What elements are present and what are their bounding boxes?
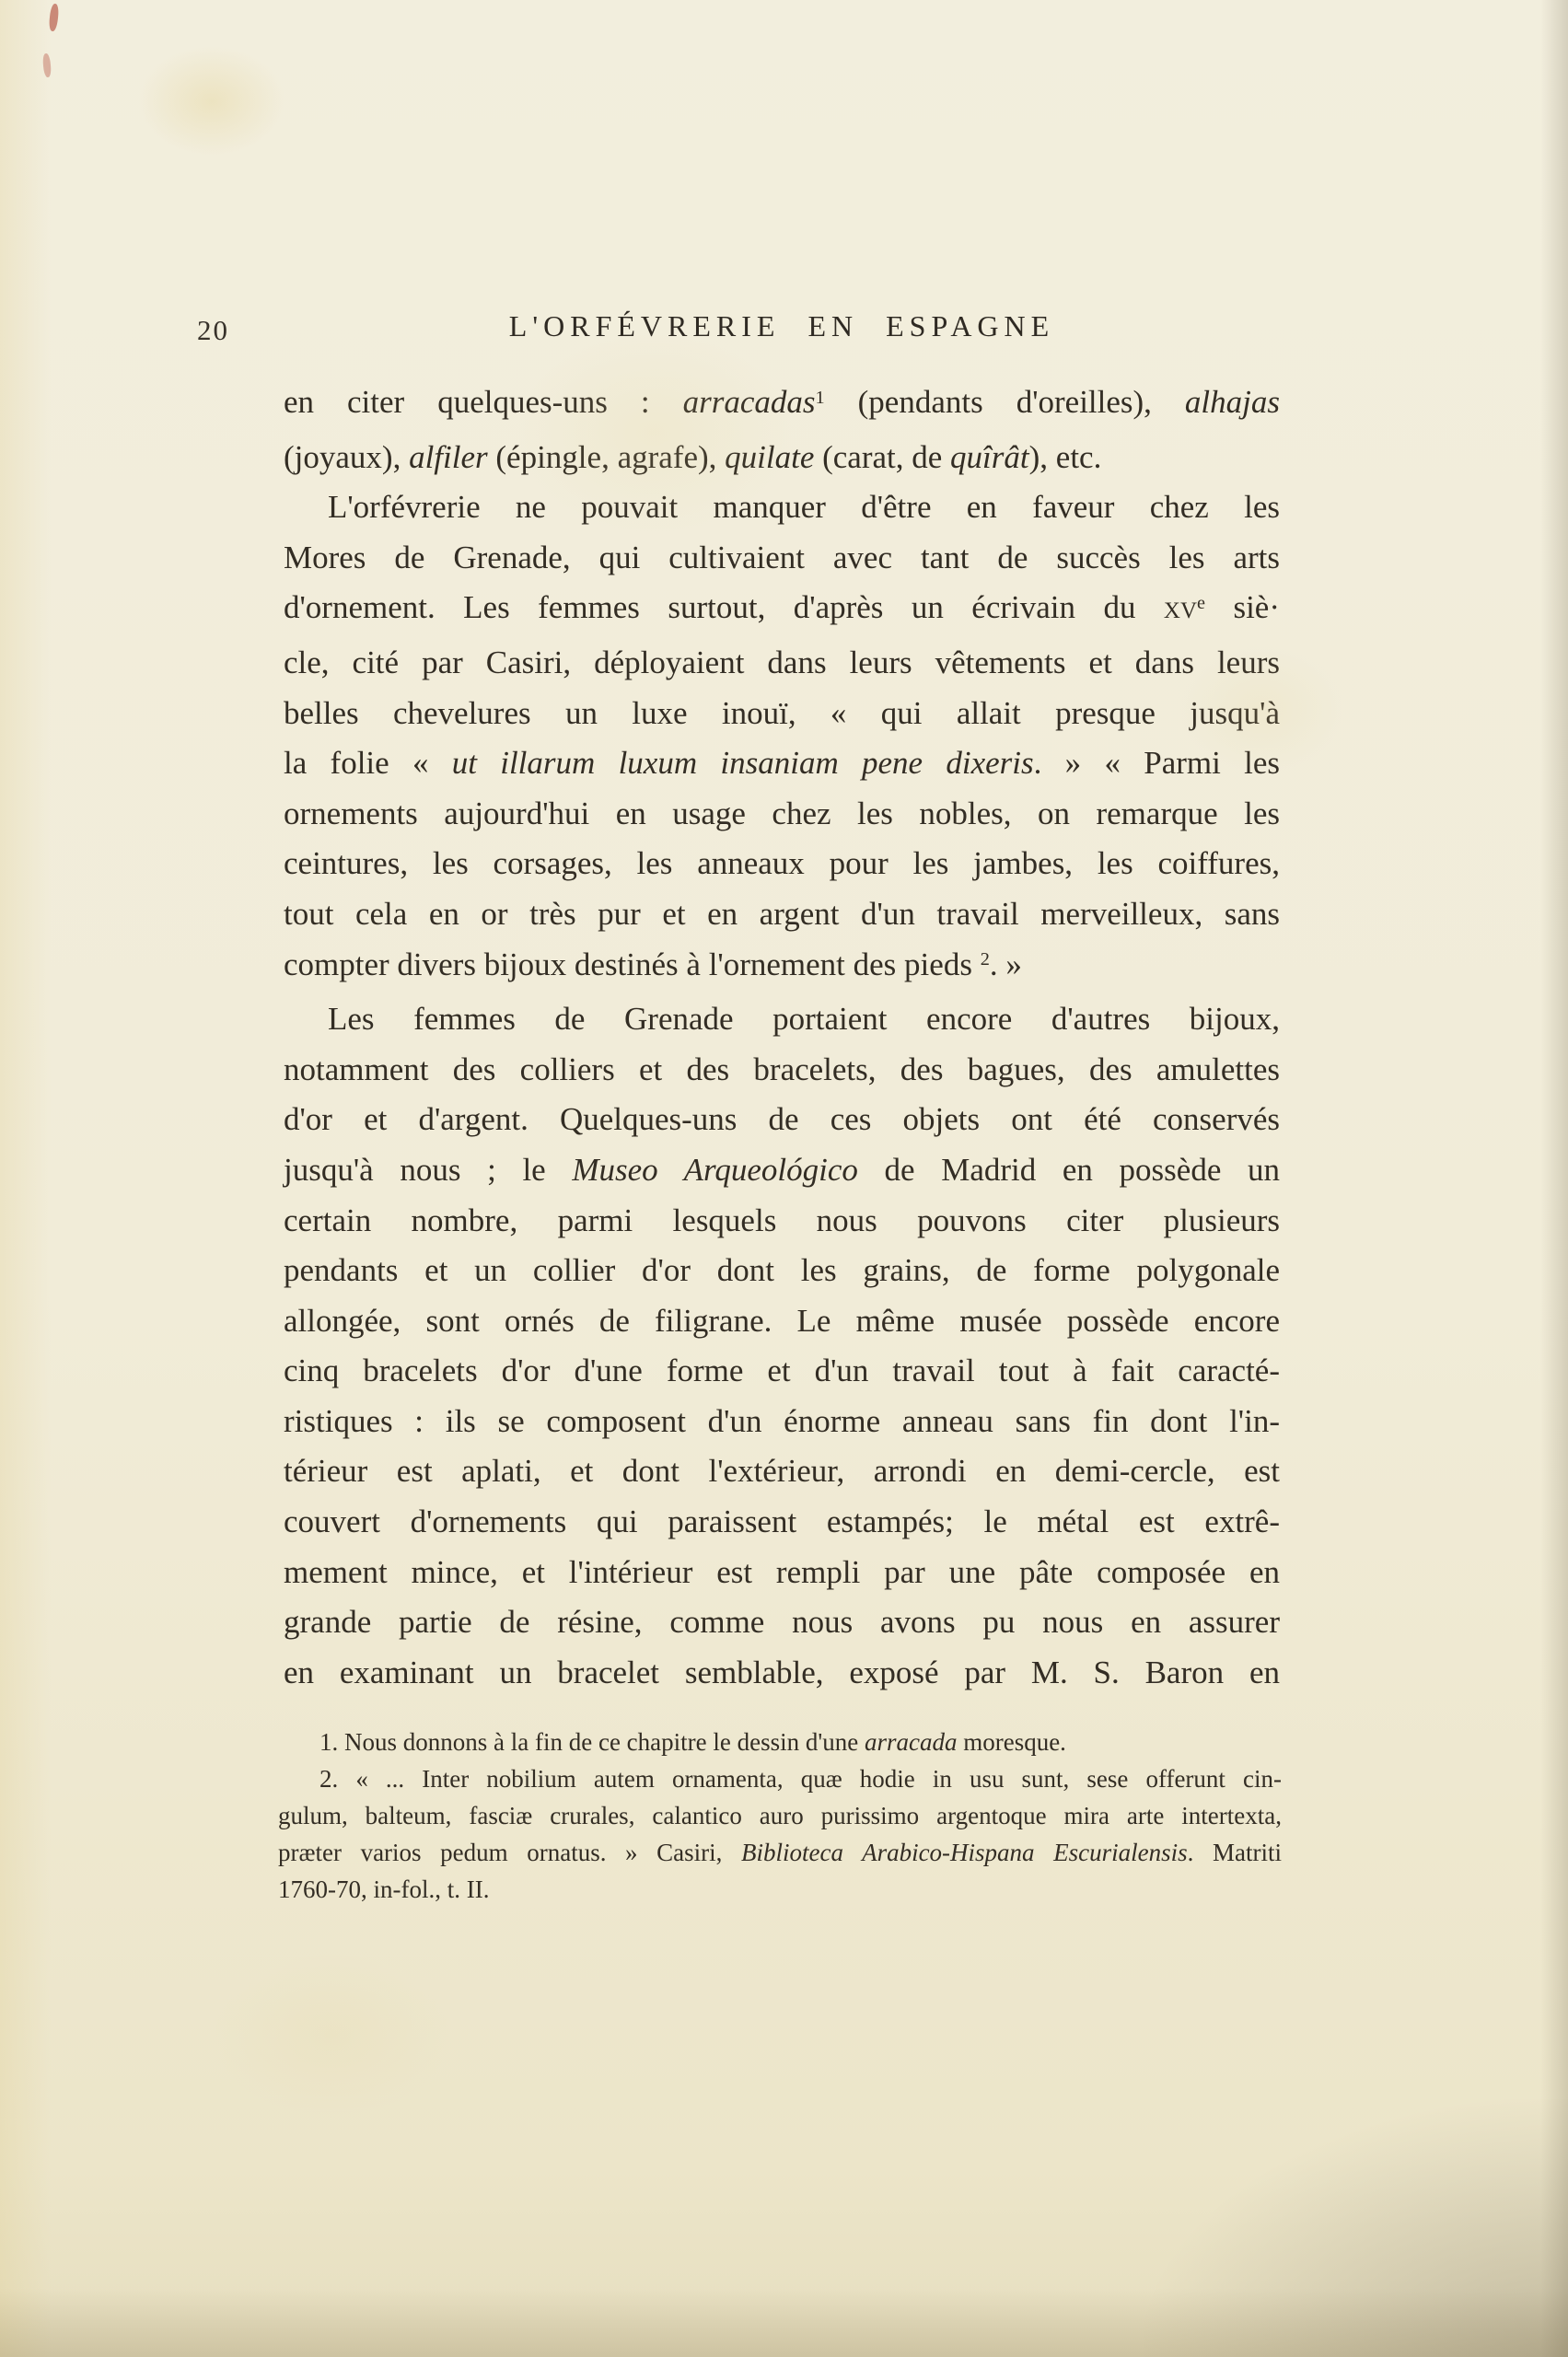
text-line: 1760-70, in-fol., t. II. [278, 1871, 1282, 1908]
text-segment: pendants et un collier d'or dont les gra… [284, 1252, 1280, 1288]
text-line: præter varios pedum ornatus. » Casiri, B… [278, 1834, 1282, 1871]
text-segment: certain nombre, parmi lesquels nous pouv… [284, 1202, 1280, 1238]
page-number: 20 [197, 314, 229, 347]
text-segment: moresque. [957, 1728, 1065, 1756]
page-edge-shadow [0, 0, 51, 2357]
text-segment: la folie « [284, 745, 452, 781]
text-segment: arracadas [683, 384, 816, 420]
text-segment: Museo Arqueológico [572, 1152, 858, 1188]
text-segment: . Matriti [1188, 1839, 1282, 1866]
text-line: compter divers bijoux destinés à l'ornem… [284, 940, 1280, 995]
text-segment: præter varios pedum ornatus. » Casiri, [278, 1839, 741, 1866]
text-segment: 2. « ... Inter nobilium autem ornamenta,… [319, 1765, 1282, 1793]
text-segment: ristiques : ils se composent d'un énorme… [284, 1403, 1280, 1439]
text-segment: xv [1164, 589, 1197, 625]
text-line: notamment des colliers et des bracelets,… [284, 1045, 1280, 1096]
red-ink-mark [42, 53, 52, 78]
footnote-reference: 2 [981, 949, 990, 970]
text-segment: en examinant un bracelet semblable, expo… [284, 1655, 1280, 1690]
text-segment: 1760-70, in-fol., t. II. [278, 1875, 489, 1903]
text-line: cle, cité par Casiri, déployaient dans l… [284, 638, 1280, 689]
text-segment: notamment des colliers et des bracelets,… [284, 1051, 1280, 1087]
running-title: L'ORFÉVRERIE EN ESPAGNE [282, 309, 1282, 343]
text-line: pendants et un collier d'or dont les gra… [284, 1246, 1280, 1296]
text-segment: (pendants d'oreilles), [825, 384, 1185, 420]
footnote-reference: 1 [816, 388, 825, 408]
text-segment: d'or et d'argent. Quelques-uns de ces ob… [284, 1101, 1280, 1137]
text-segment: alfiler [409, 439, 488, 475]
text-segment: gulum, balteum, fasciæ crurales, calanti… [278, 1802, 1282, 1829]
text-line: grande partie de résine, comme nous avon… [284, 1597, 1280, 1648]
text-line: tout cela en or très pur et en argent d'… [284, 889, 1280, 940]
text-segment: tout cela en or très pur et en argent d'… [284, 896, 1280, 932]
text-line: couvert d'ornements qui paraissent estam… [284, 1497, 1280, 1548]
body-text: en citer quelques-uns : arracadas1 (pend… [284, 377, 1280, 1698]
text-line: 2. « ... Inter nobilium autem ornamenta,… [278, 1760, 1282, 1797]
text-line: ceintures, les corsages, les anneaux pou… [284, 839, 1280, 889]
text-line: ristiques : ils se composent d'un énorme… [284, 1397, 1280, 1447]
text-segment: grande partie de résine, comme nous avon… [284, 1604, 1280, 1640]
text-segment: Mores de Grenade, qui cultivaient avec t… [284, 540, 1280, 575]
text-line: Mores de Grenade, qui cultivaient avec t… [284, 533, 1280, 584]
text-line: allongée, sont ornés de filigrane. Le mê… [284, 1296, 1280, 1347]
text-segment: Les femmes de Grenade portaient encore d… [328, 1001, 1280, 1037]
text-line: 1. Nous donnons à la fin de ce chapitre … [278, 1724, 1282, 1760]
text-line: mement mince, et l'intérieur est rempli … [284, 1548, 1280, 1598]
text-line: térieur est aplati, et dont l'extérieur,… [284, 1446, 1280, 1497]
text-segment: d'ornement. Les femmes surtout, d'après … [284, 589, 1164, 625]
text-line: certain nombre, parmi lesquels nous pouv… [284, 1196, 1280, 1247]
red-ink-mark [48, 4, 59, 32]
paper-stain [138, 46, 285, 157]
text-line: d'ornement. Les femmes surtout, d'après … [284, 583, 1280, 638]
page-edge-shadow [0, 2288, 1568, 2357]
text-line: belles chevelures un luxe inouï, « qui a… [284, 689, 1280, 739]
text-segment: ceintures, les corsages, les anneaux pou… [284, 845, 1280, 881]
text-segment: (épingle, agrafe), [488, 439, 726, 475]
text-line: (joyaux), alfiler (épingle, agrafe), qui… [284, 433, 1280, 483]
text-segment: térieur est aplati, et dont l'extérieur,… [284, 1453, 1280, 1489]
text-segment: quilate [725, 439, 814, 475]
text-segment: alhajas [1185, 384, 1280, 420]
text-segment: L'orfévrerie ne pouvait manquer d'être e… [328, 489, 1280, 525]
text-segment: (joyaux), [284, 439, 409, 475]
text-line: la folie « ut illarum luxum insaniam pen… [284, 738, 1280, 789]
book-page: 20 L'ORFÉVRERIE EN ESPAGNE en citer quel… [0, 0, 1568, 2357]
text-segment: 1. Nous donnons à la fin de ce chapitre … [319, 1728, 865, 1756]
text-line: gulum, balteum, fasciæ crurales, calanti… [278, 1797, 1282, 1834]
text-line: en citer quelques-uns : arracadas1 (pend… [284, 377, 1280, 433]
text-segment: Biblioteca Arabico-Hispana Escurialensis [741, 1839, 1188, 1866]
text-line: jusqu'à nous ; le Museo Arqueológico de … [284, 1145, 1280, 1196]
text-line: L'orfévrerie ne pouvait manquer d'être e… [284, 482, 1280, 533]
text-segment: cinq bracelets d'or d'une forme et d'un … [284, 1353, 1280, 1388]
text-segment: mement mince, et l'intérieur est rempli … [284, 1554, 1280, 1590]
paper-stain [212, 1952, 451, 2118]
text-segment: siè· [1205, 589, 1280, 625]
text-segment: ), etc. [1029, 439, 1102, 475]
text-segment: allongée, sont ornés de filigrane. Le mê… [284, 1303, 1280, 1339]
text-segment: . » [990, 946, 1022, 982]
text-segment: . » « Parmi les [1034, 745, 1280, 781]
text-segment: ornements aujourd'hui en usage chez les … [284, 795, 1280, 831]
text-line: cinq bracelets d'or d'une forme et d'un … [284, 1346, 1280, 1397]
text-line: Les femmes de Grenade portaient encore d… [284, 994, 1280, 1045]
text-segment: jusqu'à nous ; le [284, 1152, 572, 1188]
text-segment: en citer quelques-uns : [284, 384, 683, 420]
text-segment: arracada [865, 1728, 958, 1756]
text-segment: quîrât [950, 439, 1029, 475]
text-segment: belles chevelures un luxe inouï, « qui a… [284, 695, 1280, 731]
text-segment: (carat, de [814, 439, 950, 475]
text-segment: de Madrid en possède un [858, 1152, 1280, 1188]
text-segment: cle, cité par Casiri, déployaient dans l… [284, 644, 1280, 680]
text-line: d'or et d'argent. Quelques-uns de ces ob… [284, 1095, 1280, 1145]
text-line: en examinant un bracelet semblable, expo… [284, 1648, 1280, 1699]
page-corner-shadow [1144, 2099, 1568, 2357]
text-segment: compter divers bijoux destinés à l'ornem… [284, 946, 981, 982]
page-edge-shadow [1540, 0, 1568, 2357]
footnote-reference: e [1197, 593, 1205, 613]
text-line: ornements aujourd'hui en usage chez les … [284, 789, 1280, 840]
footnotes: 1. Nous donnons à la fin de ce chapitre … [278, 1724, 1282, 1908]
text-segment: couvert d'ornements qui paraissent estam… [284, 1504, 1280, 1539]
text-segment: ut illarum luxum insaniam pene dixeris [452, 745, 1034, 781]
